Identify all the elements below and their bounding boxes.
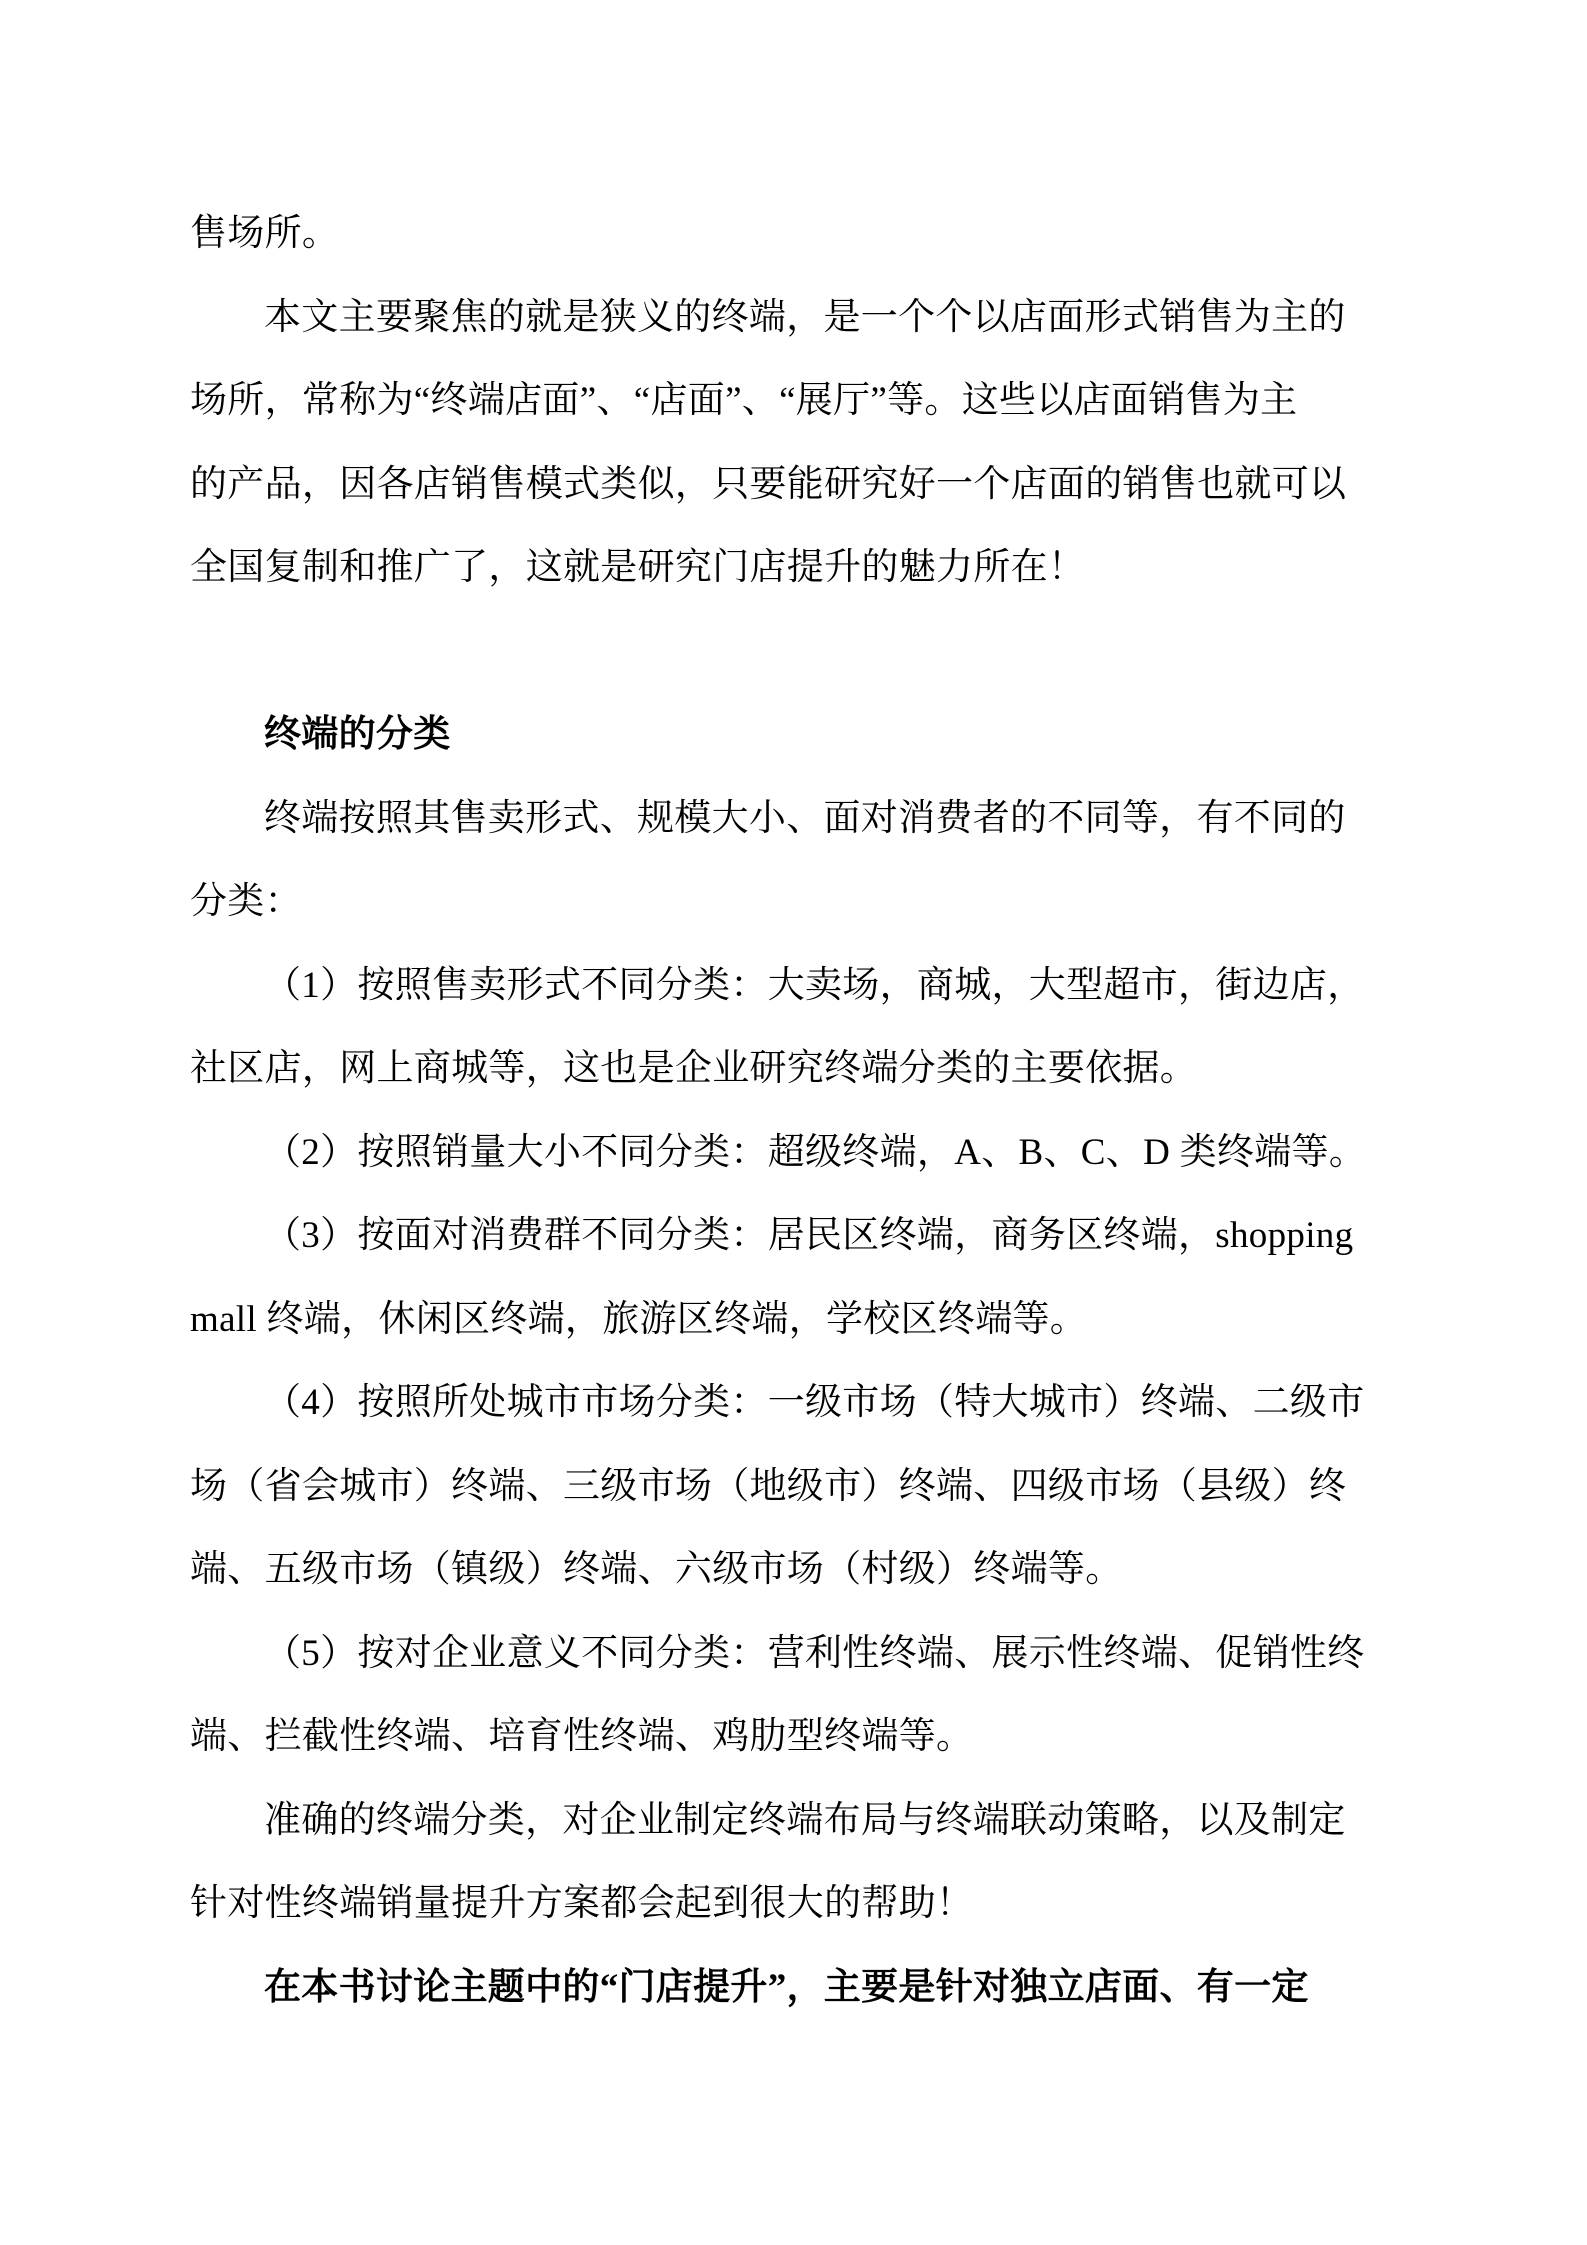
list-item-line: （1）按照售卖形式不同分类：大卖场，商城，大型超市，街边店，: [190, 944, 1350, 1028]
list-item-line: （4）按照所处城市市场分类：一级市场（特大城市）终端、二级市: [190, 1361, 1350, 1445]
text-block: 售场所。 本文主要聚焦的就是狭义的终端，是一个个以店面形式销售为主的 场所，常称…: [190, 192, 1350, 2029]
section-heading: 终端的分类: [190, 693, 1350, 777]
text-line: 分类：: [190, 860, 1350, 944]
text-line: 场所，常称为“终端店面”、“店面”、“展厅”等。这些以店面销售为主: [190, 359, 1350, 443]
text-line: 全国复制和推广了，这就是研究门店提升的魅力所在！: [190, 526, 1350, 610]
text-line: 场（省会城市）终端、三级市场（地级市）终端、四级市场（县级）终: [190, 1445, 1350, 1529]
text-line: 准确的终端分类，对企业制定终端布局与终端联动策略，以及制定: [190, 1779, 1350, 1863]
text-line: 端、拦截性终端、培育性终端、鸡肋型终端等。: [190, 1695, 1350, 1779]
emphasis-line: 在本书讨论主题中的“门店提升”，主要是针对独立店面、有一定: [190, 1946, 1350, 2030]
text-line: 售场所。: [190, 192, 1350, 276]
text-line: 本文主要聚焦的就是狭义的终端，是一个个以店面形式销售为主的: [190, 276, 1350, 360]
text-line: 社区店，网上商城等，这也是企业研究终端分类的主要依据。: [190, 1027, 1350, 1111]
list-item-line: （3）按面对消费群不同分类：居民区终端，商务区终端，shopping: [190, 1194, 1350, 1278]
document-page: 售场所。 本文主要聚焦的就是狭义的终端，是一个个以店面形式销售为主的 场所，常称…: [0, 0, 1587, 2245]
text-line: 端、五级市场（镇级）终端、六级市场（村级）终端等。: [190, 1528, 1350, 1612]
text-line: 的产品，因各店销售模式类似，只要能研究好一个店面的销售也就可以: [190, 443, 1350, 527]
list-item-line: （5）按对企业意义不同分类：营利性终端、展示性终端、促销性终: [190, 1612, 1350, 1696]
blank-line: [190, 610, 1350, 694]
text-line: mall 终端，休闲区终端，旅游区终端，学校区终端等。: [190, 1278, 1350, 1362]
text-line: 终端按照其售卖形式、规模大小、面对消费者的不同等，有不同的: [190, 777, 1350, 861]
list-item-line: （2）按照销量大小不同分类：超级终端，A、B、C、D 类终端等。: [190, 1111, 1350, 1195]
text-line: 针对性终端销量提升方案都会起到很大的帮助！: [190, 1862, 1350, 1946]
